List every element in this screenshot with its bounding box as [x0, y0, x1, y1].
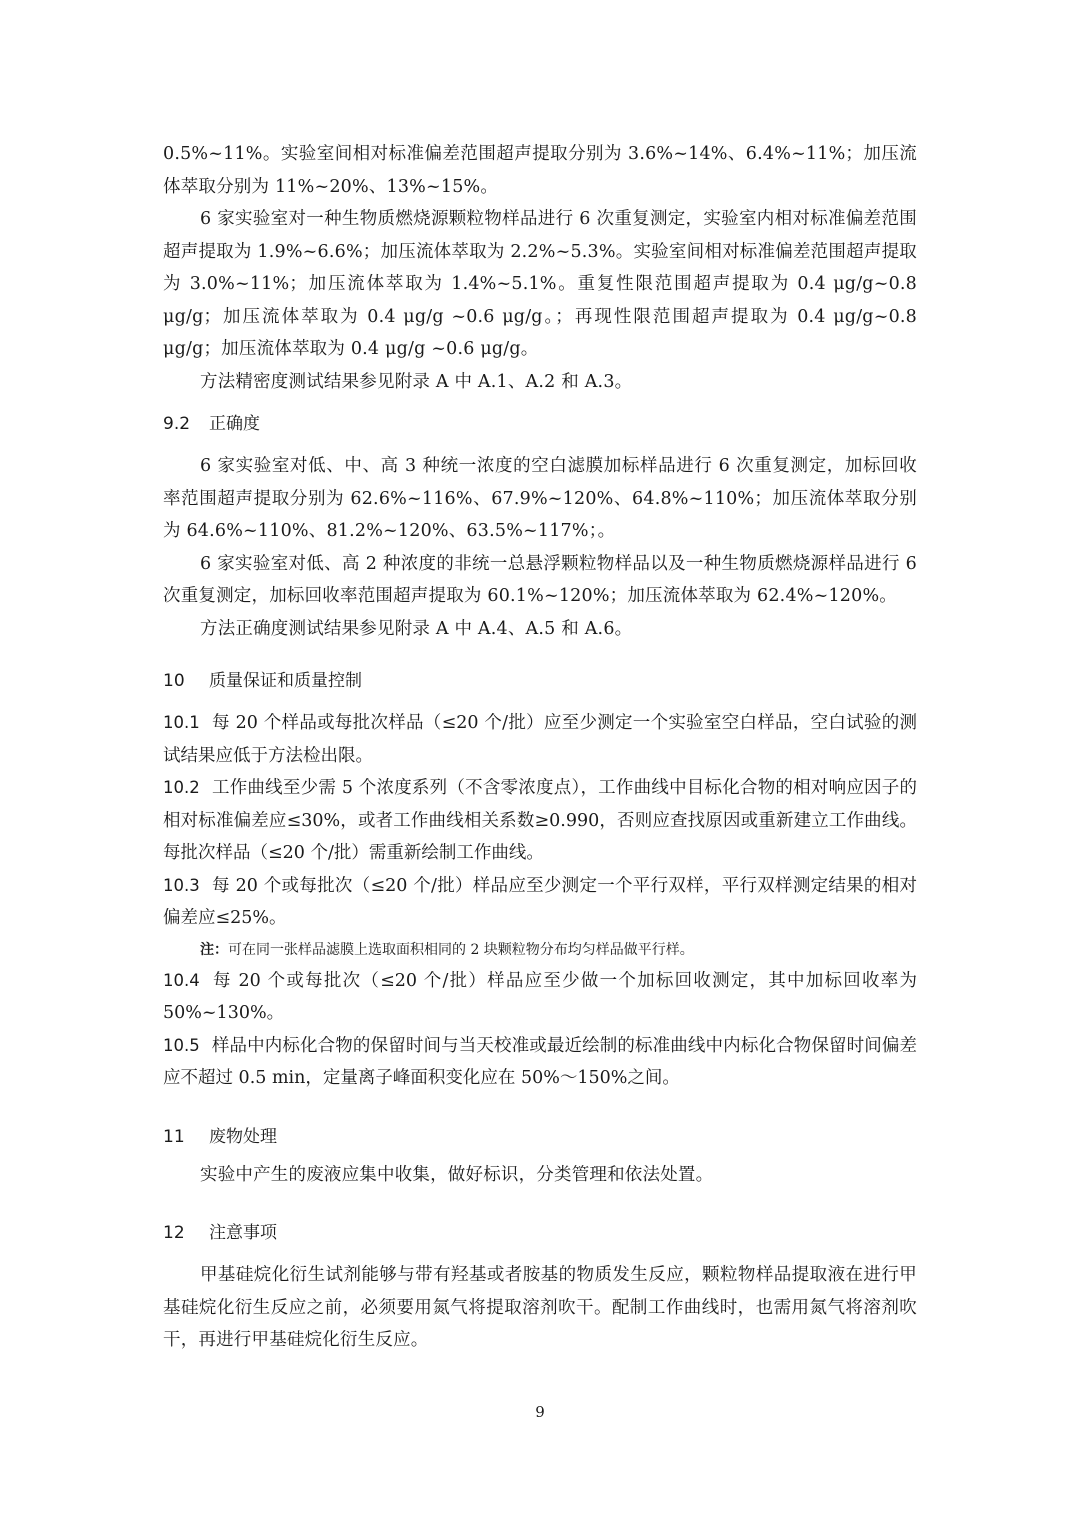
clause-10-3: 10.3每 20 个或每批次（≤20 个/批）样品应至少测定一个平行双样，平行双… [163, 870, 917, 935]
document-page: 0.5%~11%。实验室间相对标准偏差范围超声提取分别为 3.6%~14%、6.… [163, 138, 917, 1357]
section-heading-9-2: 9.2正确度 [163, 408, 917, 440]
section-title: 废物处理 [209, 1127, 277, 1147]
section-heading-11: 11废物处理 [163, 1121, 917, 1153]
clause-10-4: 10.4每 20 个或每批次（≤20 个/批）样品应至少做一个加标回收测定，其中… [163, 965, 917, 1030]
section-number: 9.2 [163, 408, 209, 440]
section-number: 10 [163, 665, 209, 697]
clause-10-1: 10.1每 20 个样品或每批次样品（≤20 个/批）应至少测定一个实验室空白样… [163, 707, 917, 772]
section-number: 12 [163, 1217, 209, 1249]
clause-number: 10.3 [163, 876, 200, 895]
section-title: 质量保证和质量控制 [209, 671, 362, 691]
clause-text: 每 20 个或每批次（≤20 个/批）样品应至少测定一个平行双样，平行双样测定结… [163, 876, 917, 929]
page-number: 9 [0, 1403, 1080, 1421]
note-text: 可在同一张样品滤膜上选取面积相同的 2 块颗粒物分布均匀样品做平行样。 [228, 942, 694, 958]
precision-biomass-paragraph: 6 家实验室对一种生物质燃烧源颗粒物样品进行 6 次重复测定，实验室内相对标准偏… [163, 203, 917, 366]
accuracy-paragraph-1: 6 家实验室对低、中、高 3 种统一浓度的空白滤膜加标样品进行 6 次重复测定，… [163, 450, 917, 548]
precision-appendix-reference: 方法精密度测试结果参见附录 A 中 A.1、A.2 和 A.3。 [163, 366, 917, 399]
clause-number: 10.4 [163, 971, 200, 990]
section-heading-12: 12注意事项 [163, 1217, 917, 1249]
clause-10-5: 10.5样品中内标化合物的保留时间与当天校准或最近绘制的标准曲线中内标化合物保留… [163, 1030, 917, 1095]
clause-text: 每 20 个或每批次（≤20 个/批）样品应至少做一个加标回收测定，其中加标回收… [163, 971, 917, 1024]
accuracy-appendix-reference: 方法正确度测试结果参见附录 A 中 A.4、A.5 和 A.6。 [163, 613, 917, 646]
clause-number: 10.2 [163, 778, 200, 797]
section-number: 11 [163, 1121, 209, 1153]
clause-10-2: 10.2工作曲线至少需 5 个浓度系列（不含零浓度点），工作曲线中目标化合物的相… [163, 772, 917, 870]
section-title: 正确度 [209, 414, 260, 434]
accuracy-paragraph-2: 6 家实验室对低、高 2 种浓度的非统一总悬浮颗粒物样品以及一种生物质燃烧源样品… [163, 548, 917, 613]
waste-disposal-paragraph: 实验中产生的废液应集中收集，做好标识，分类管理和依法处置。 [163, 1159, 917, 1192]
clause-text: 每 20 个样品或每批次样品（≤20 个/批）应至少测定一个实验室空白样品，空白… [163, 713, 917, 766]
section-heading-10: 10质量保证和质量控制 [163, 665, 917, 697]
clause-number: 10.5 [163, 1036, 200, 1055]
section-title: 注意事项 [209, 1223, 277, 1243]
precision-continued-paragraph: 0.5%~11%。实验室间相对标准偏差范围超声提取分别为 3.6%~14%、6.… [163, 138, 917, 203]
clause-text: 工作曲线至少需 5 个浓度系列（不含零浓度点），工作曲线中目标化合物的相对响应因… [163, 778, 917, 863]
clause-number: 10.1 [163, 713, 200, 732]
precautions-paragraph: 甲基硅烷化衍生试剂能够与带有羟基或者胺基的物质发生反应，颗粒物样品提取液在进行甲… [163, 1259, 917, 1357]
clause-text: 样品中内标化合物的保留时间与当天校准或最近绘制的标准曲线中内标化合物保留时间偏差… [163, 1036, 917, 1089]
note-label: 注： [200, 942, 228, 958]
note-10-3: 注：可在同一张样品滤膜上选取面积相同的 2 块颗粒物分布均匀样品做平行样。 [163, 935, 917, 965]
